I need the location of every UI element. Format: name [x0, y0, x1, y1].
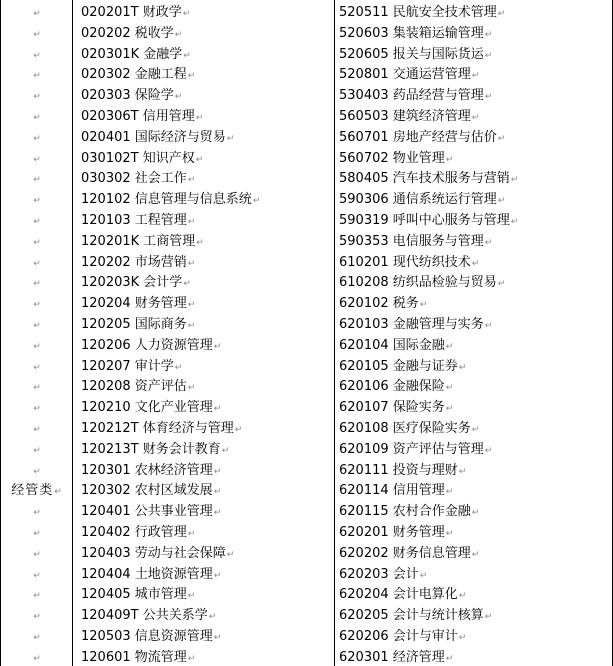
- major-name: 620104 国际金融: [339, 338, 445, 353]
- paragraph-mark-icon: ↵: [33, 92, 41, 102]
- undergraduate-major-cell: 120212T 体育经济与管理↵: [73, 419, 334, 440]
- category-cell: ↵: [1, 565, 72, 586]
- major-name: 620109 资产评估与管理: [339, 442, 484, 457]
- major-name: 620102 税务: [339, 296, 419, 311]
- paragraph-mark-icon: ↵: [235, 425, 243, 435]
- paragraph-mark-icon: ↵: [33, 30, 41, 40]
- major-name: 620204 会计电算化: [339, 587, 458, 602]
- paragraph-mark-icon: ↵: [214, 571, 222, 581]
- major-name: 120206 人力资源管理: [81, 338, 213, 353]
- paragraph-mark-icon: ↵: [33, 550, 41, 560]
- undergraduate-major-cell: 120405 城市管理↵: [73, 585, 334, 606]
- paragraph-mark-icon: ↵: [214, 508, 222, 518]
- paragraph-mark-icon: ↵: [33, 404, 41, 414]
- paragraph-mark-icon: ↵: [498, 134, 506, 144]
- vocational-major-cell: 610201 现代纺织技术↵: [335, 253, 612, 274]
- vocational-major-cell: 620102 税务↵: [335, 294, 612, 315]
- vocational-major-cell: 620206 会计与审计↵: [335, 627, 612, 648]
- paragraph-mark-icon: ↵: [253, 196, 261, 206]
- category-cell: ↵: [1, 440, 72, 461]
- category-label: 经管类: [11, 483, 53, 498]
- vocational-major-cell: 520605 报关与国际货运↵: [335, 45, 612, 66]
- major-name: 120103 工程管理: [81, 213, 187, 228]
- major-name: 620105 金融与证券: [339, 359, 458, 374]
- vocational-major-cell: 620105 金融与证券↵: [335, 357, 612, 378]
- paragraph-mark-icon: ↵: [459, 591, 467, 601]
- vocational-major-cell: 620114 信用管理↵: [335, 481, 612, 502]
- vocational-major-cell: 620203 会计↵: [335, 565, 612, 586]
- category-cell: ↵: [1, 107, 72, 128]
- major-name: 590353 电信服务与管理: [339, 234, 484, 249]
- major-name: 560701 房地产经营与估价: [339, 130, 497, 145]
- vocational-major-cell: 580405 汽车技术服务与营销↵: [335, 169, 612, 190]
- undergraduate-major-cell: 020302 金融工程↵: [73, 65, 334, 86]
- major-name: 120205 国际商务: [81, 317, 187, 332]
- paragraph-mark-icon: ↵: [485, 92, 493, 102]
- category-cell: ↵: [1, 273, 72, 294]
- undergraduate-major-cell: 120103 工程管理↵: [73, 211, 334, 232]
- major-name: 120208 资产评估: [81, 379, 187, 394]
- category-cell: ↵: [1, 86, 72, 107]
- undergraduate-major-cell: 120207 审计学↵: [73, 357, 334, 378]
- paragraph-mark-icon: ↵: [188, 591, 196, 601]
- paragraph-mark-icon: ↵: [459, 363, 467, 373]
- paragraph-mark-icon: ↵: [214, 487, 222, 497]
- major-name: 120207 审计学: [81, 359, 174, 374]
- category-cell: ↵: [1, 3, 72, 24]
- undergraduate-major-cell: 120205 国际商务↵: [73, 315, 334, 336]
- undergraduate-major-cell: 120301 农林经济管理↵: [73, 461, 334, 482]
- major-name: 610208 纺织品检验与贸易: [339, 275, 497, 290]
- major-name: 560702 物业管理: [339, 151, 445, 166]
- paragraph-mark-icon: ↵: [188, 71, 196, 81]
- paragraph-mark-icon: ↵: [183, 9, 191, 19]
- paragraph-mark-icon: ↵: [485, 612, 493, 622]
- major-name: 620301 经济管理: [339, 650, 445, 665]
- category-cell: ↵: [1, 523, 72, 544]
- paragraph-mark-icon: ↵: [472, 259, 480, 269]
- paragraph-mark-icon: ↵: [33, 508, 41, 518]
- undergraduate-major-cell: 020401 国际经济与贸易↵: [73, 128, 334, 149]
- vocational-major-cell: 520603 集装箱运输管理↵: [335, 24, 612, 45]
- vocational-major-cell: 620115 农村合作金融↵: [335, 502, 612, 523]
- category-cell: ↵: [1, 45, 72, 66]
- undergraduate-major-cell: 120203K 会计学↵: [73, 273, 334, 294]
- paragraph-mark-icon: ↵: [446, 383, 454, 393]
- major-name: 120402 行政管理: [81, 525, 187, 540]
- undergraduate-major-cell: 120210 文化产业管理↵: [73, 398, 334, 419]
- paragraph-mark-icon: ↵: [188, 383, 196, 393]
- category-cell: ↵: [1, 627, 72, 648]
- paragraph-mark-icon: ↵: [459, 467, 467, 477]
- vocational-major-cell: 560701 房地产经营与估价↵: [335, 128, 612, 149]
- undergraduate-major-column: 020201T 财政学↵020202 税收学↵020301K 金融学↵02030…: [73, 3, 334, 666]
- major-name: 020202 税收学: [81, 26, 174, 41]
- paragraph-mark-icon: ↵: [214, 342, 222, 352]
- vocational-major-cell: 560503 建筑经济管理↵: [335, 107, 612, 128]
- major-name: 120301 农林经济管理: [81, 463, 213, 478]
- major-name: 020306T 信用管理: [81, 109, 195, 124]
- major-name: 120403 劳动与社会保障: [81, 546, 226, 561]
- vocational-major-cell: 610208 纺织品检验与贸易↵: [335, 273, 612, 294]
- paragraph-mark-icon: ↵: [214, 404, 222, 414]
- paragraph-mark-icon: ↵: [511, 217, 519, 227]
- category-cell: ↵: [1, 419, 72, 440]
- major-name: 530403 药品经营与管理: [339, 88, 484, 103]
- major-name: 120102 信息管理与信息系统: [81, 192, 252, 207]
- paragraph-mark-icon: ↵: [446, 342, 454, 352]
- paragraph-mark-icon: ↵: [33, 238, 41, 248]
- major-name: 030302 社会工作: [81, 171, 187, 186]
- paragraph-mark-icon: ↵: [33, 9, 41, 19]
- paragraph-mark-icon: ↵: [188, 321, 196, 331]
- paragraph-mark-icon: ↵: [511, 175, 519, 185]
- major-name: 120202 市场营销: [81, 255, 187, 270]
- major-name: 120404 土地资源管理: [81, 567, 213, 582]
- paragraph-mark-icon: ↵: [33, 259, 41, 269]
- category-cell: ↵: [1, 190, 72, 211]
- paragraph-mark-icon: ↵: [33, 612, 41, 622]
- paragraph-mark-icon: ↵: [222, 446, 230, 456]
- undergraduate-major-cell: 120404 土地资源管理↵: [73, 565, 334, 586]
- vocational-major-cell: 620103 金融管理与实务↵: [335, 315, 612, 336]
- undergraduate-major-cell: 020202 税收学↵: [73, 24, 334, 45]
- category-cell: ↵: [1, 169, 72, 190]
- paragraph-mark-icon: ↵: [175, 363, 183, 373]
- vocational-major-cell: 620107 保险实务↵: [335, 398, 612, 419]
- paragraph-mark-icon: ↵: [420, 571, 428, 581]
- paragraph-mark-icon: ↵: [33, 51, 41, 61]
- major-name: 620115 农村合作金融: [339, 504, 471, 519]
- major-name: 120302 农村区域发展: [81, 483, 213, 498]
- major-name: 030102T 知识产权: [81, 151, 195, 166]
- major-table: ↵↵↵↵↵↵↵↵↵↵↵↵↵↵↵↵↵↵↵↵↵↵↵经管类↵↵↵↵↵↵↵↵↵ 0202…: [0, 0, 613, 666]
- major-name: 120210 文化产业管理: [81, 400, 213, 415]
- category-cell: ↵: [1, 377, 72, 398]
- paragraph-mark-icon: ↵: [188, 259, 196, 269]
- paragraph-mark-icon: ↵: [188, 300, 196, 310]
- major-name: 120204 财务管理: [81, 296, 187, 311]
- paragraph-mark-icon: ↵: [33, 155, 41, 165]
- category-cell: ↵: [1, 398, 72, 419]
- paragraph-mark-icon: ↵: [485, 238, 493, 248]
- vocational-major-cell: 620104 国际金融↵: [335, 336, 612, 357]
- paragraph-mark-icon: ↵: [227, 550, 235, 560]
- undergraduate-major-cell: 120403 劳动与社会保障↵: [73, 544, 334, 565]
- paragraph-mark-icon: ↵: [196, 113, 204, 123]
- vocational-major-cell: 620205 会计与统计核算↵: [335, 606, 612, 627]
- vocational-major-cell: 620106 金融保险↵: [335, 377, 612, 398]
- major-name: 120405 城市管理: [81, 587, 187, 602]
- vocational-major-cell: 520511 民航安全技术管理↵: [335, 3, 612, 24]
- paragraph-mark-icon: ↵: [498, 9, 506, 19]
- undergraduate-major-cell: 120402 行政管理↵: [73, 523, 334, 544]
- undergraduate-major-cell: 120202 市场营销↵: [73, 253, 334, 274]
- major-name: 120601 物流管理: [81, 650, 187, 665]
- paragraph-mark-icon: ↵: [33, 321, 41, 331]
- undergraduate-major-cell: 020201T 财政学↵: [73, 3, 334, 24]
- category-cell: ↵: [1, 648, 72, 666]
- vocational-major-cell: 620202 财务信息管理↵: [335, 544, 612, 565]
- paragraph-mark-icon: ↵: [33, 446, 41, 456]
- paragraph-mark-icon: ↵: [420, 300, 428, 310]
- category-cell: ↵: [1, 315, 72, 336]
- undergraduate-major-cell: 120302 农村区域发展↵: [73, 481, 334, 502]
- paragraph-mark-icon: ↵: [472, 113, 480, 123]
- paragraph-mark-icon: ↵: [33, 529, 41, 539]
- paragraph-mark-icon: ↵: [33, 134, 41, 144]
- category-cell: 经管类↵: [1, 481, 72, 502]
- paragraph-mark-icon: ↵: [33, 633, 41, 643]
- major-name: 120213T 财务会计教育: [81, 442, 221, 457]
- category-cell: ↵: [1, 502, 72, 523]
- undergraduate-major-cell: 120102 信息管理与信息系统↵: [73, 190, 334, 211]
- major-name: 620202 财务信息管理: [339, 546, 471, 561]
- paragraph-mark-icon: ↵: [446, 155, 454, 165]
- vocational-major-cell: 530403 药品经营与管理↵: [335, 86, 612, 107]
- undergraduate-major-cell: 120206 人力资源管理↵: [73, 336, 334, 357]
- major-name: 620203 会计: [339, 567, 419, 582]
- major-name: 120503 信息资源管理: [81, 629, 213, 644]
- paragraph-mark-icon: ↵: [485, 446, 493, 456]
- category-cell: ↵: [1, 211, 72, 232]
- vocational-major-cell: 620111 投资与理财↵: [335, 461, 612, 482]
- vocational-major-cell: 620204 会计电算化↵: [335, 585, 612, 606]
- category-cell: ↵: [1, 585, 72, 606]
- paragraph-mark-icon: ↵: [33, 175, 41, 185]
- vocational-major-cell: 620201 财务管理↵: [335, 523, 612, 544]
- paragraph-mark-icon: ↵: [485, 321, 493, 331]
- category-cell: ↵: [1, 606, 72, 627]
- major-name: 520605 报关与国际货运: [339, 47, 484, 62]
- major-name: 620106 金融保险: [339, 379, 445, 394]
- category-cell: ↵: [1, 461, 72, 482]
- paragraph-mark-icon: ↵: [446, 529, 454, 539]
- major-name: 020401 国际经济与贸易: [81, 130, 226, 145]
- paragraph-mark-icon: ↵: [33, 383, 41, 393]
- paragraph-mark-icon: ↵: [33, 217, 41, 227]
- major-name: 560503 建筑经济管理: [339, 109, 471, 124]
- paragraph-mark-icon: ↵: [33, 425, 41, 435]
- undergraduate-major-cell: 020303 保险学↵: [73, 86, 334, 107]
- undergraduate-major-cell: 020306T 信用管理↵: [73, 107, 334, 128]
- paragraph-mark-icon: ↵: [227, 134, 235, 144]
- paragraph-mark-icon: ↵: [33, 654, 41, 664]
- paragraph-mark-icon: ↵: [175, 92, 183, 102]
- major-name: 120409T 公共关系学: [81, 608, 208, 623]
- major-name: 520801 交通运营管理: [339, 67, 471, 82]
- vocational-major-cell: 590306 通信系统运行管理↵: [335, 190, 612, 211]
- paragraph-mark-icon: ↵: [498, 196, 506, 206]
- paragraph-mark-icon: ↵: [33, 113, 41, 123]
- major-name: 620201 财务管理: [339, 525, 445, 540]
- major-name: 590319 呼叫中心服务与管理: [339, 213, 510, 228]
- major-name: 590306 通信系统运行管理: [339, 192, 497, 207]
- undergraduate-major-cell: 030102T 知识产权↵: [73, 149, 334, 170]
- paragraph-mark-icon: ↵: [33, 467, 41, 477]
- paragraph-mark-icon: ↵: [446, 487, 454, 497]
- vocational-major-column: 520511 民航安全技术管理↵520603 集装箱运输管理↵520605 报关…: [335, 3, 612, 666]
- undergraduate-major-cell: 120204 财务管理↵: [73, 294, 334, 315]
- paragraph-mark-icon: ↵: [209, 612, 217, 622]
- paragraph-mark-icon: ↵: [472, 425, 480, 435]
- major-name: 020201T 财政学: [81, 5, 182, 20]
- paragraph-mark-icon: ↵: [485, 51, 493, 61]
- paragraph-mark-icon: ↵: [188, 217, 196, 227]
- category-cell: ↵: [1, 544, 72, 565]
- major-name: 620108 医疗保险实务: [339, 421, 471, 436]
- paragraph-mark-icon: ↵: [33, 279, 41, 289]
- paragraph-mark-icon: ↵: [214, 633, 222, 643]
- undergraduate-major-cell: 120201K 工商管理↵: [73, 232, 334, 253]
- category-cell: ↵: [1, 253, 72, 274]
- paragraph-mark-icon: ↵: [472, 550, 480, 560]
- paragraph-mark-icon: ↵: [214, 467, 222, 477]
- category-cell: ↵: [1, 149, 72, 170]
- paragraph-mark-icon: ↵: [33, 571, 41, 581]
- undergraduate-major-cell: 120213T 财务会计教育↵: [73, 440, 334, 461]
- paragraph-mark-icon: ↵: [485, 30, 493, 40]
- major-name: 520511 民航安全技术管理: [339, 5, 497, 20]
- category-cell: ↵: [1, 232, 72, 253]
- major-name: 620206 会计与审计: [339, 629, 458, 644]
- major-name: 620114 信用管理: [339, 483, 445, 498]
- category-cell: ↵: [1, 336, 72, 357]
- paragraph-mark-icon: ↵: [472, 508, 480, 518]
- paragraph-mark-icon: ↵: [188, 654, 196, 664]
- category-cell: ↵: [1, 128, 72, 149]
- major-name: 120201K 工商管理: [81, 234, 195, 249]
- paragraph-mark-icon: ↵: [33, 363, 41, 373]
- major-name: 610201 现代纺织技术: [339, 255, 471, 270]
- vocational-major-cell: 620108 医疗保险实务↵: [335, 419, 612, 440]
- major-name: 120203K 会计学: [81, 275, 182, 290]
- paragraph-mark-icon: ↵: [196, 238, 204, 248]
- major-name: 020303 保险学: [81, 88, 174, 103]
- major-name: 580405 汽车技术服务与营销: [339, 171, 510, 186]
- undergraduate-major-cell: 120409T 公共关系学↵: [73, 606, 334, 627]
- major-name: 620205 会计与统计核算: [339, 608, 484, 623]
- undergraduate-major-cell: 120601 物流管理↵: [73, 648, 334, 666]
- category-cell: ↵: [1, 294, 72, 315]
- paragraph-mark-icon: ↵: [446, 654, 454, 664]
- vocational-major-cell: 620301 经济管理↵: [335, 648, 612, 666]
- category-cell: ↵: [1, 24, 72, 45]
- undergraduate-major-cell: 030302 社会工作↵: [73, 169, 334, 190]
- paragraph-mark-icon: ↵: [33, 591, 41, 601]
- paragraph-mark-icon: ↵: [472, 71, 480, 81]
- paragraph-mark-icon: ↵: [183, 51, 191, 61]
- undergraduate-major-cell: 120503 信息资源管理↵: [73, 627, 334, 648]
- category-column: ↵↵↵↵↵↵↵↵↵↵↵↵↵↵↵↵↵↵↵↵↵↵↵经管类↵↵↵↵↵↵↵↵↵: [1, 3, 72, 666]
- paragraph-mark-icon: ↵: [54, 487, 62, 497]
- paragraph-mark-icon: ↵: [33, 300, 41, 310]
- undergraduate-major-cell: 020301K 金融学↵: [73, 45, 334, 66]
- major-name: 620111 投资与理财: [339, 463, 458, 478]
- paragraph-mark-icon: ↵: [188, 175, 196, 185]
- category-cell: ↵: [1, 357, 72, 378]
- paragraph-mark-icon: ↵: [498, 279, 506, 289]
- paragraph-mark-icon: ↵: [33, 196, 41, 206]
- vocational-major-cell: 590319 呼叫中心服务与管理↵: [335, 211, 612, 232]
- major-name: 520603 集装箱运输管理: [339, 26, 484, 41]
- paragraph-mark-icon: ↵: [188, 529, 196, 539]
- major-name: 020301K 金融学: [81, 47, 182, 62]
- paragraph-mark-icon: ↵: [33, 342, 41, 352]
- paragraph-mark-icon: ↵: [33, 71, 41, 81]
- vocational-major-cell: 620109 资产评估与管理↵: [335, 440, 612, 461]
- major-name: 620107 保险实务: [339, 400, 445, 415]
- undergraduate-major-cell: 120208 资产评估↵: [73, 377, 334, 398]
- paragraph-mark-icon: ↵: [175, 30, 183, 40]
- major-name: 120212T 体育经济与管理: [81, 421, 234, 436]
- undergraduate-major-cell: 120401 公共事业管理↵: [73, 502, 334, 523]
- major-name: 620103 金融管理与实务: [339, 317, 484, 332]
- vocational-major-cell: 590353 电信服务与管理↵: [335, 232, 612, 253]
- paragraph-mark-icon: ↵: [183, 279, 191, 289]
- vocational-major-cell: 520801 交通运营管理↵: [335, 65, 612, 86]
- paragraph-mark-icon: ↵: [446, 404, 454, 414]
- category-cell: ↵: [1, 65, 72, 86]
- paragraph-mark-icon: ↵: [459, 633, 467, 643]
- major-name: 120401 公共事业管理: [81, 504, 213, 519]
- vocational-major-cell: 560702 物业管理↵: [335, 149, 612, 170]
- paragraph-mark-icon: ↵: [196, 155, 204, 165]
- major-name: 020302 金融工程: [81, 67, 187, 82]
